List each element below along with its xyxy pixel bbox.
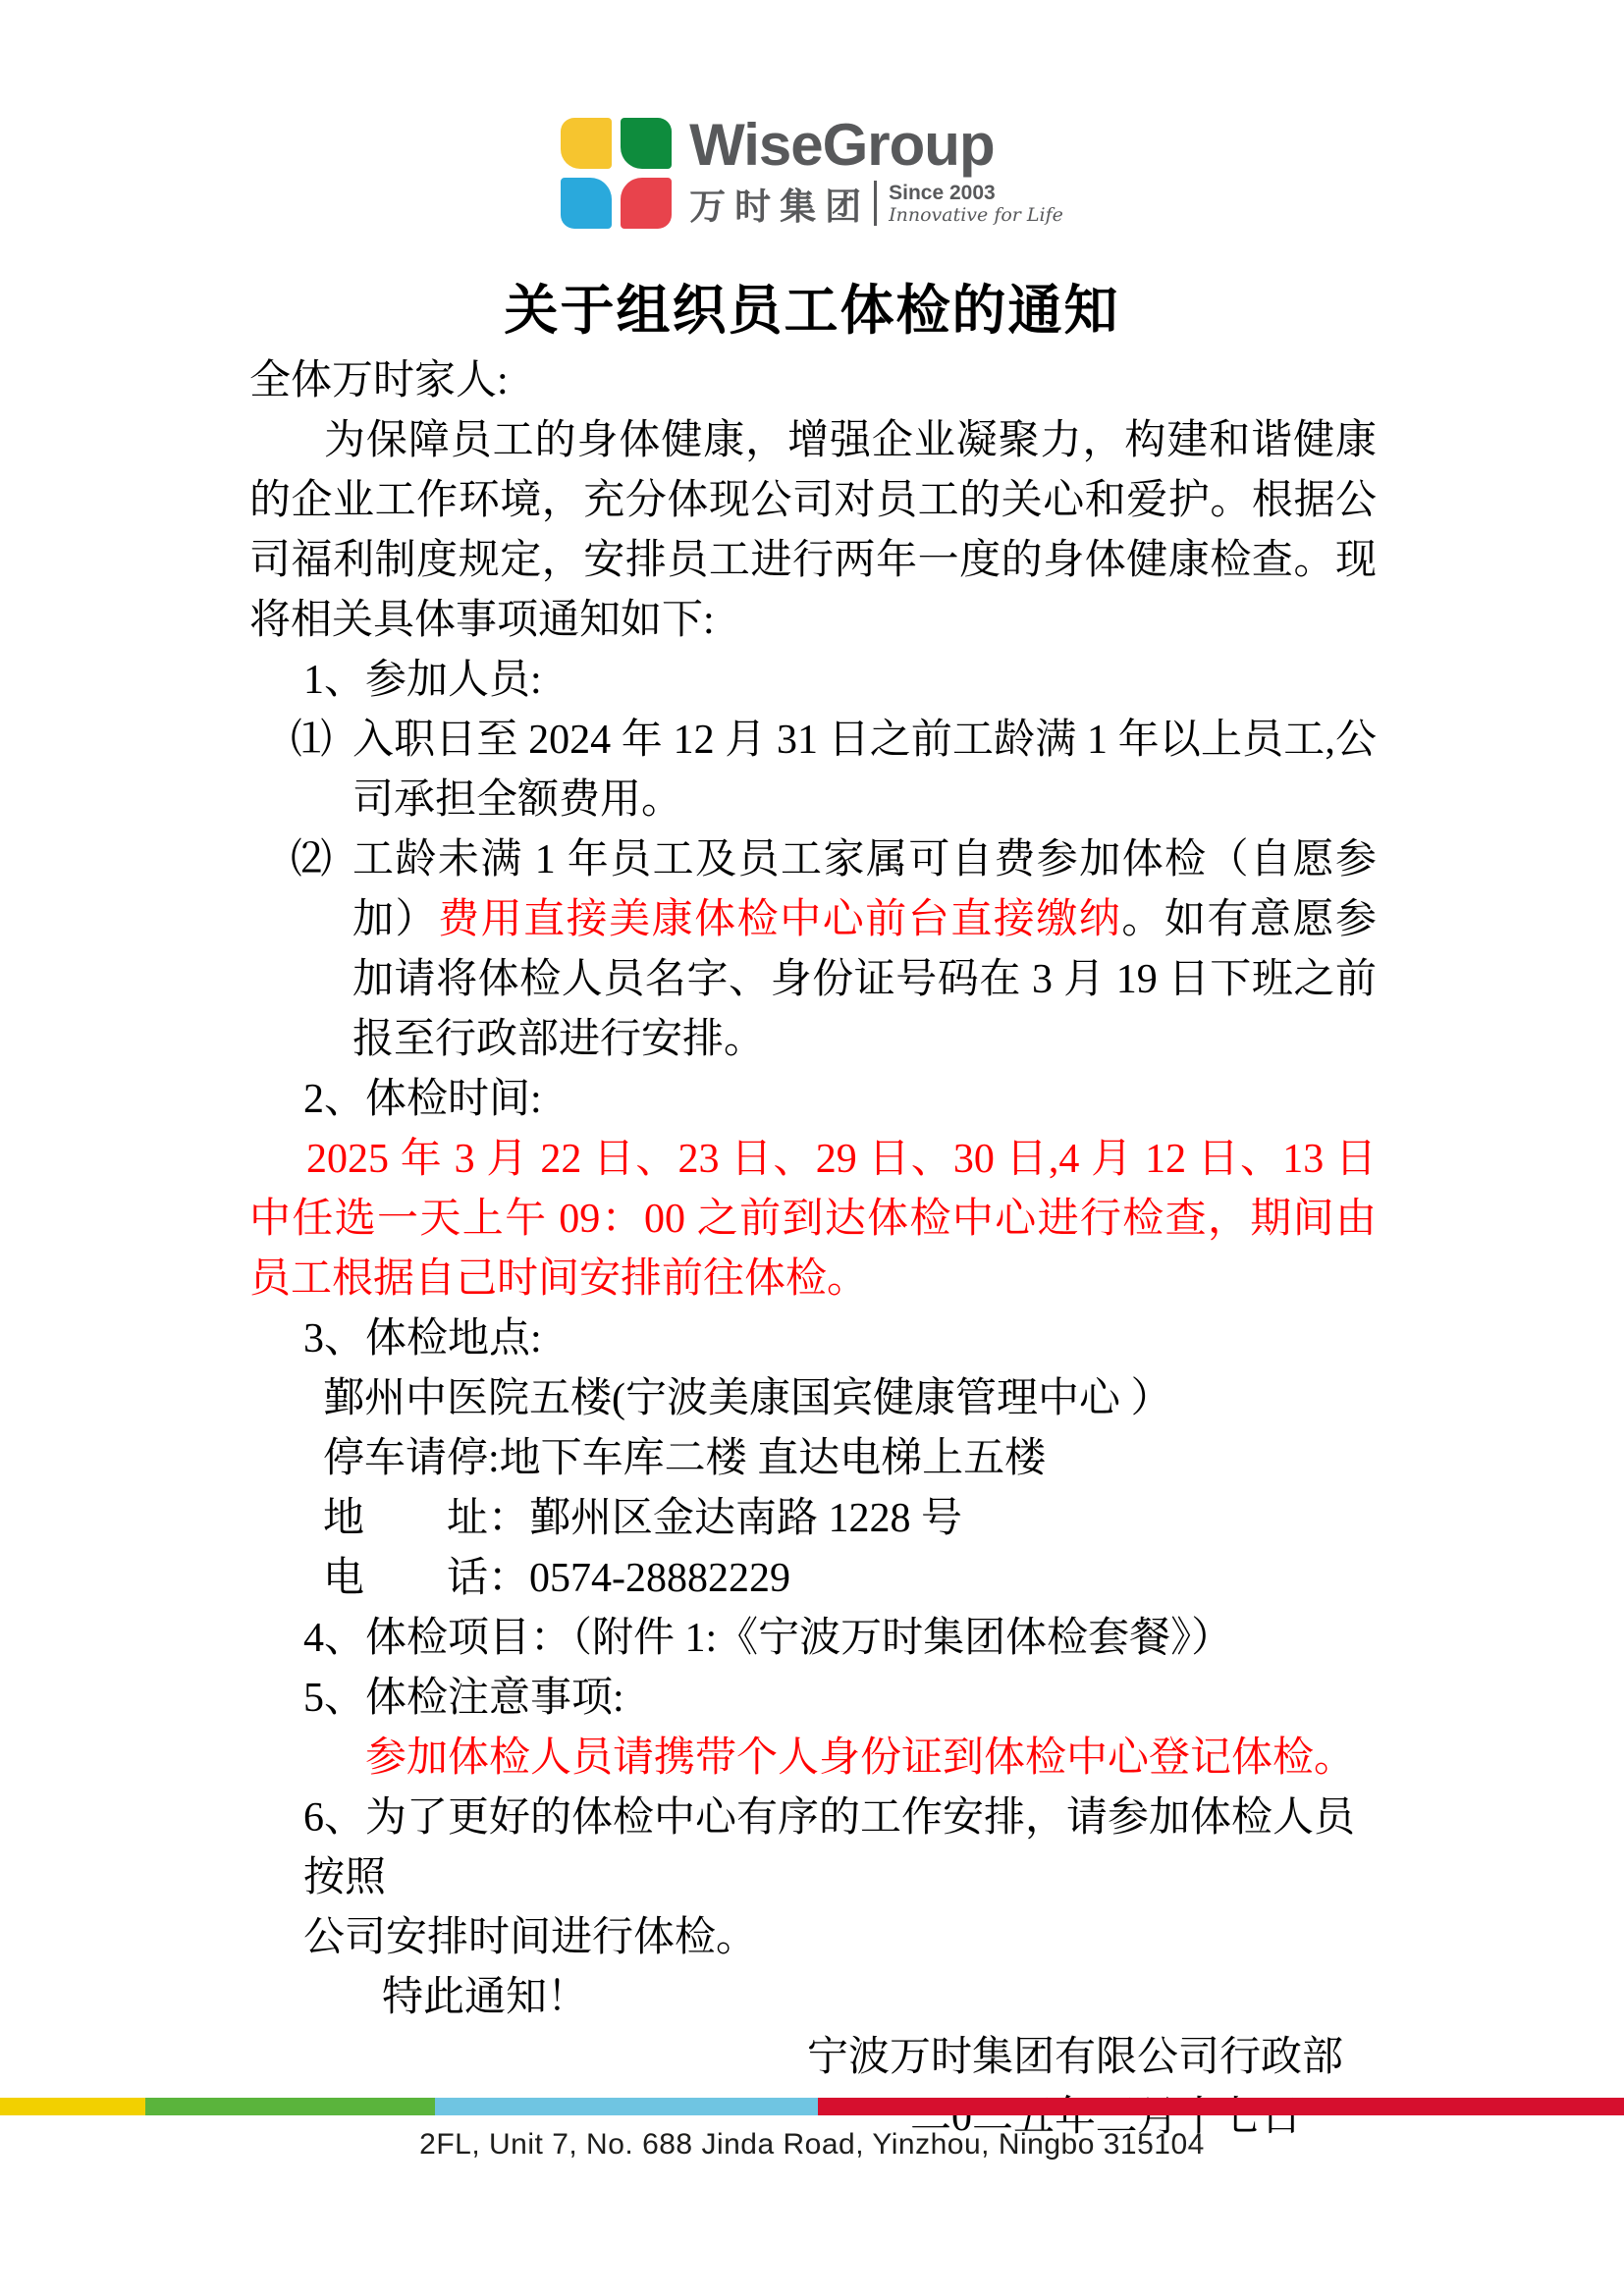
- location-line-parking: 停车请停:地下车库二楼 直达电梯上五楼: [249, 1429, 1377, 1489]
- footer-bar-green-segment: [145, 2098, 435, 2115]
- logo-since-block: Since 2003 Innovative for Life: [889, 182, 1063, 226]
- section-1-item-1: ⑴入职日至 2024 年 12 月 31 日之前工龄满 1 年以上员工,公司承担…: [249, 711, 1377, 830]
- intro-paragraph: 为保障员工的身体健康，增强企业凝聚力，构建和谐健康的企业工作环境，充分体现公司对…: [249, 411, 1377, 651]
- item-2-marker: ⑵: [291, 830, 332, 890]
- logo-wordmark: WiseGroup: [689, 116, 1063, 175]
- notice-body: 全体万时家人: 为保障员工的身体健康，增强企业凝聚力，构建和谐健康的企业工作环境…: [249, 351, 1377, 2148]
- logo-subline: 万时集团 Since 2003 Innovative for Life: [689, 177, 1063, 230]
- id-card-red-note: 参加体检人员请携带个人身份证到体检中心登记体检。: [249, 1729, 1377, 1789]
- footer-bar-blue-segment: [435, 2098, 818, 2115]
- section-2-heading: 2、体检时间:: [249, 1070, 1377, 1130]
- page-title: 关于组织员工体检的通知: [0, 267, 1624, 345]
- logo-tagline-text: Innovative for Life: [889, 204, 1063, 226]
- logo-square-yellow-icon: [561, 118, 612, 169]
- signature-department: 宁波万时集团有限公司行政部: [249, 2028, 1377, 2088]
- section-6-heading: 6、为了更好的体检中心有序的工作安排，请参加体检人员按照: [249, 1789, 1377, 1908]
- logo-divider: [874, 181, 877, 226]
- section-5-heading: 5、体检注意事项:: [249, 1669, 1377, 1729]
- footer-color-bar: [0, 2098, 1624, 2115]
- section-6-continuation: 公司安排时间进行体检。: [249, 1908, 1377, 1968]
- section-3-heading: 3、体检地点:: [249, 1309, 1377, 1369]
- closing-line: 特此通知！: [249, 1968, 1377, 2028]
- checkup-time-red-paragraph: 2025 年 3 月 22 日、23 日、29 日、30 日,4 月 12 日、…: [249, 1130, 1377, 1309]
- document-page: WiseGroup 万时集团 Since 2003 Innovative for…: [0, 0, 1624, 2296]
- item-2-text-red: 费用直接美康体检中心前台直接缴纳: [438, 897, 1121, 942]
- location-line-phone: 电 话：0574-28882229: [249, 1549, 1377, 1609]
- logo-square-blue-icon: [561, 178, 612, 229]
- footer-bar-red-segment: [818, 2098, 1624, 2115]
- logo-squares-icon: [561, 118, 672, 229]
- logo-square-green-icon: [621, 118, 672, 169]
- location-line-venue: 鄞州中医院五楼(宁波美康国宾健康管理中心 ）: [249, 1369, 1377, 1429]
- footer-address: 2FL, Unit 7, No. 688 Jinda Road, Yinzhou…: [0, 2128, 1624, 2162]
- item-1-marker: ⑴: [291, 711, 332, 771]
- section-4-heading: 4、体检项目：（附件 1:《宁波万时集团体检套餐》）: [249, 1609, 1377, 1669]
- logo-text-block: WiseGroup 万时集团 Since 2003 Innovative for…: [689, 116, 1063, 230]
- item-1-text: 入职日至 2024 年 12 月 31 日之前工龄满 1 年以上员工,公司承担全…: [352, 718, 1377, 823]
- footer-bar-yellow-segment: [0, 2098, 145, 2115]
- logo-square-red-icon: [621, 178, 672, 229]
- company-logo: WiseGroup 万时集团 Since 2003 Innovative for…: [0, 116, 1624, 230]
- location-line-address: 地 址：鄞州区金达南路 1228 号: [249, 1489, 1377, 1549]
- logo-chinese-name: 万时集团: [689, 177, 870, 230]
- section-1-item-2: ⑵工龄未满 1 年员工及员工家属可自费参加体检（自愿参加）费用直接美康体检中心前…: [249, 830, 1377, 1070]
- section-1-heading: 1、参加人员:: [249, 651, 1377, 711]
- salutation-line: 全体万时家人:: [249, 351, 1377, 411]
- logo-since-text: Since 2003: [889, 182, 1063, 204]
